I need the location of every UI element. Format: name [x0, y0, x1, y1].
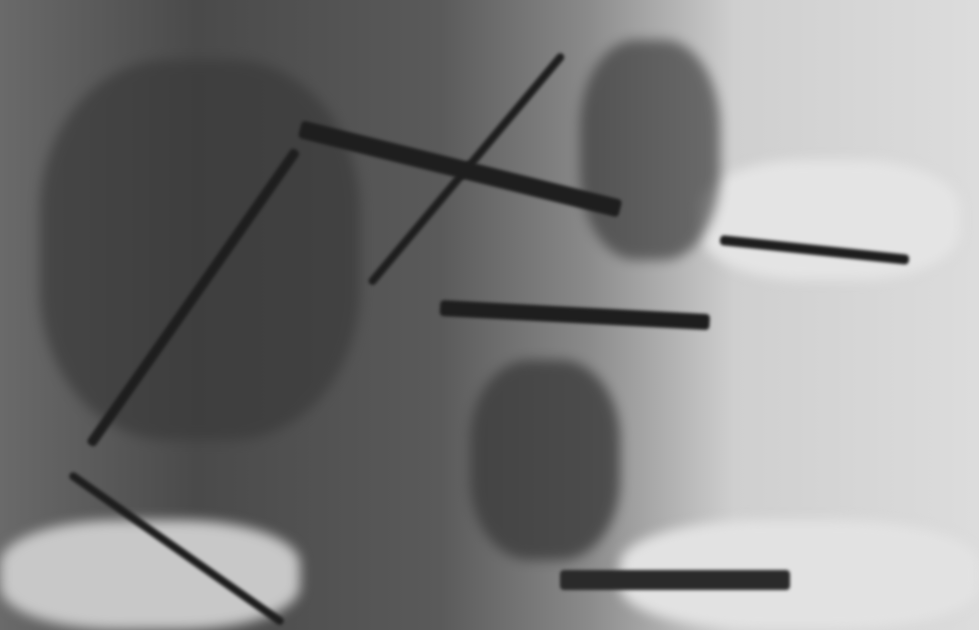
dark-patch: [40, 60, 360, 440]
brush-stroke: [560, 570, 790, 590]
light-patch: [700, 160, 960, 280]
brush-stroke: [367, 52, 566, 287]
brush-stroke: [440, 300, 710, 330]
abstract-painting: [0, 0, 979, 630]
dark-patch: [580, 40, 720, 260]
dark-patch: [470, 360, 620, 560]
light-patch: [0, 520, 300, 630]
